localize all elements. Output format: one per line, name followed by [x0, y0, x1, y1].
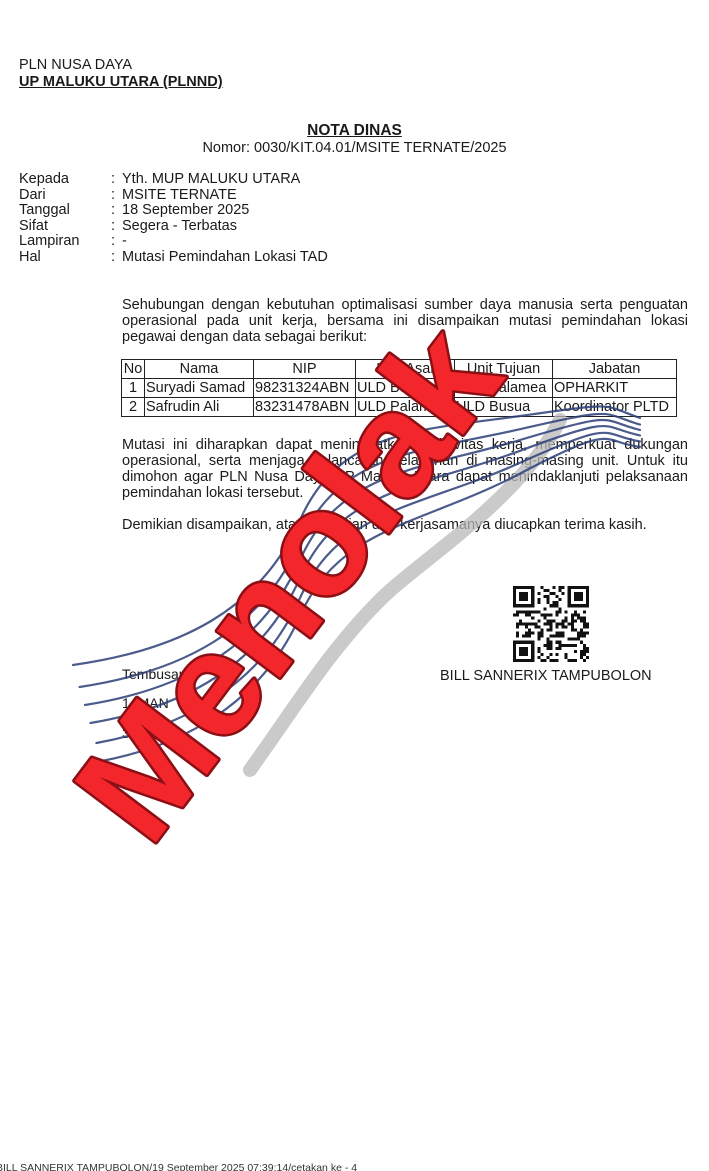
cell-unit-tujuan: ULD Busua: [455, 398, 553, 417]
opening-paragraph: Sehubungan dengan kebutuhan optimalisasi…: [122, 297, 688, 345]
meta-label: Kepada: [19, 172, 111, 188]
cell-no: 2: [122, 398, 145, 417]
meta-sep: :: [111, 188, 122, 204]
cell-nama: Suryadi Samad: [145, 379, 254, 398]
meta-value: Segera - Terbatas: [122, 219, 237, 235]
letter-title: NOTA DINAS: [0, 122, 709, 140]
col-header: Unit Tujuan: [455, 360, 553, 379]
signer-name: BILL SANNERIX TAMPUBOLON: [440, 668, 652, 684]
meta-label: Lampiran: [19, 234, 111, 250]
cc-list: Tembusan: 1. MAN 2. PH 3. K: [122, 667, 190, 741]
meta-row-dari: Dari:MSITE TERNATE: [19, 188, 328, 204]
cell-nip: 98231324ABN: [254, 379, 356, 398]
letter-number: Nomor: 0030/KIT.04.01/MSITE TERNATE/2025: [0, 140, 709, 156]
transfer-table: No Nama NIP Unit Asal Unit Tujuan Jabata…: [121, 359, 677, 417]
cc-item: 2. PH: [122, 711, 190, 726]
qr-code-signature: [513, 586, 589, 662]
cell-jabatan: OPHARKIT: [553, 379, 677, 398]
col-header: Unit Asal: [356, 360, 455, 379]
meta-value: Mutasi Pemindahan Lokasi TAD: [122, 250, 328, 266]
cell-unit-tujuan: ULD Palamea: [455, 379, 553, 398]
print-footer: BILL SANNERIX TAMPUBOLON/19 September 20…: [0, 1162, 357, 1171]
meta-sep: :: [111, 234, 122, 250]
unit-name: UP MALUKU UTARA (PLNND): [19, 74, 223, 90]
meta-label: Dari: [19, 188, 111, 204]
body-paragraph: Mutasi ini diharapkan dapat meningkatkan…: [122, 437, 688, 501]
col-header: Nama: [145, 360, 254, 379]
meta-value: MSITE TERNATE: [122, 188, 237, 204]
cell-nip: 83231478ABN: [254, 398, 356, 417]
meta-label: Sifat: [19, 219, 111, 235]
cell-unit-asal: ULD Palamea: [356, 398, 455, 417]
col-header: NIP: [254, 360, 356, 379]
cc-item: 1. MAN: [122, 696, 190, 711]
meta-row-sifat: Sifat:Segera - Terbatas: [19, 219, 328, 235]
table-header-row: No Nama NIP Unit Asal Unit Tujuan Jabata…: [122, 360, 677, 379]
cell-no: 1: [122, 379, 145, 398]
cc-item: 3. K: [122, 726, 190, 741]
meta-sep: :: [111, 203, 122, 219]
cell-nama: Safrudin Ali: [145, 398, 254, 417]
meta-value: Yth. MUP MALUKU UTARA: [122, 172, 300, 188]
meta-row-lampiran: Lampiran:-: [19, 234, 328, 250]
meta-value: 18 September 2025: [122, 203, 249, 219]
meta-value: -: [122, 234, 127, 250]
table-row: 2 Safrudin Ali 83231478ABN ULD Palamea U…: [122, 398, 677, 417]
col-header: Jabatan: [553, 360, 677, 379]
meta-row-kepada: Kepada:Yth. MUP MALUKU UTARA: [19, 172, 328, 188]
meta-row-hal: Hal:Mutasi Pemindahan Lokasi TAD: [19, 250, 328, 266]
cc-label: Tembusan:: [122, 667, 190, 682]
cell-jabatan: Koordinator PLTD: [553, 398, 677, 417]
letter-meta: Kepada:Yth. MUP MALUKU UTARA Dari:MSITE …: [19, 172, 328, 265]
meta-label: Hal: [19, 250, 111, 266]
meta-label: Tanggal: [19, 203, 111, 219]
meta-sep: :: [111, 219, 122, 235]
meta-sep: :: [111, 250, 122, 266]
company-name: PLN NUSA DAYA: [19, 57, 132, 73]
closing-paragraph: Demikian disampaikan, atas perhatian dan…: [122, 517, 688, 533]
cell-unit-asal: ULD Busua: [356, 379, 455, 398]
meta-sep: :: [111, 172, 122, 188]
col-header: No: [122, 360, 145, 379]
table-row: 1 Suryadi Samad 98231324ABN ULD Busua UL…: [122, 379, 677, 398]
meta-row-tanggal: Tanggal:18 September 2025: [19, 203, 328, 219]
